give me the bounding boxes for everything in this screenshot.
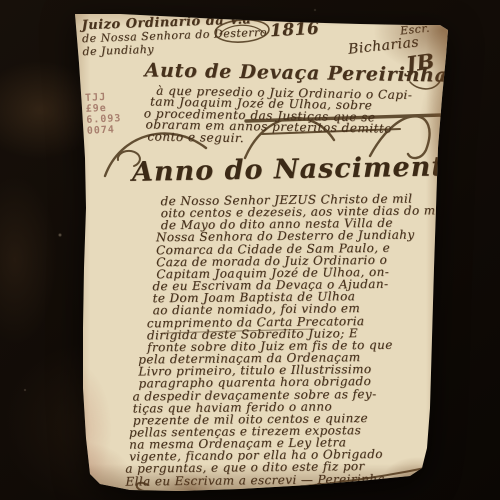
shelfmark-line: 0074 xyxy=(87,124,123,137)
photo-background: Juizo Ordinario da V.a de Nossa Senhora … xyxy=(0,0,500,500)
manuscript-line: Ella eu Escrivam a escrevi — Pereirinha xyxy=(125,472,447,488)
archival-shelfmark: TJJ £9e 6.093 0074 xyxy=(85,91,122,137)
manuscript-page-wrap: Juizo Ordinario da V.a de Nossa Senhora … xyxy=(70,8,452,492)
manuscript-page: Juizo Ordinario da V.a de Nossa Senhora … xyxy=(70,8,452,492)
main-heading: Anno do Nascimento xyxy=(132,151,464,188)
opening-paragraph: Auto de Devaça Pereirinha à que presedio… xyxy=(143,59,448,147)
page-numeral: 1 xyxy=(391,10,401,25)
document-title: Auto de Devaça Pereirinha xyxy=(144,59,448,86)
body-text: de Nosso Senhor JEZUS Christo de mil oit… xyxy=(108,192,447,487)
court-header: Juizo Ordinario da V.a de Nossa Senhora … xyxy=(81,13,267,58)
year-mark: 1816 xyxy=(270,19,320,42)
